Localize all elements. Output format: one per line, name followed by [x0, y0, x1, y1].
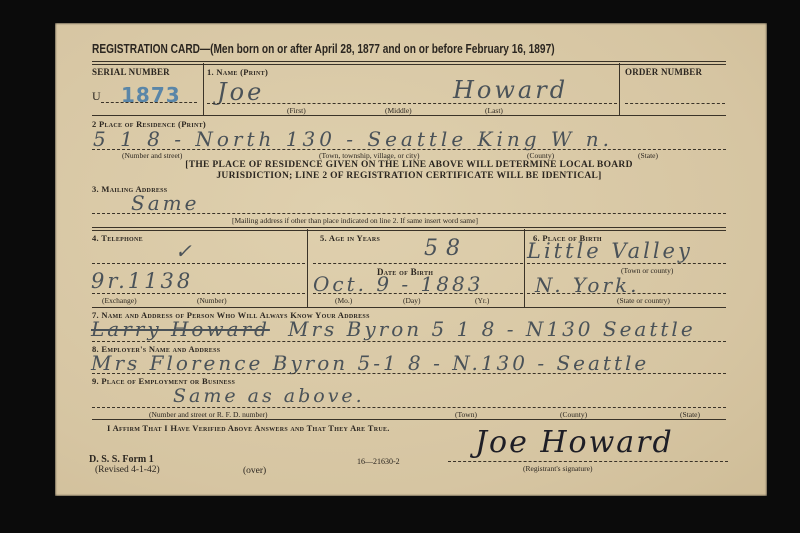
- signature-sublabel: (Registrant's signature): [523, 464, 592, 473]
- telephone-check: ✓: [175, 239, 195, 263]
- employment-line: [92, 407, 726, 408]
- name-line: [207, 103, 617, 104]
- row-rule: [92, 227, 726, 231]
- mailing-sublabel: [Mailing address if other than place ind…: [232, 216, 478, 225]
- state-sublabel: (State): [638, 151, 658, 160]
- employment-state-sublabel: (State): [680, 410, 700, 419]
- age-line: [313, 263, 523, 264]
- telephone-label: 4. Telephone: [92, 233, 143, 243]
- divider: [203, 63, 204, 115]
- month-sublabel: (Mo.): [335, 296, 352, 305]
- employer-value: Mrs Florence Byron 5-1 8 - N.130 - Seatt…: [91, 351, 649, 375]
- age-label: 5. Age in Years: [320, 233, 380, 243]
- mailing-value: Same: [131, 191, 199, 215]
- age-value: 58: [424, 236, 468, 261]
- over-text: (over): [243, 466, 266, 476]
- jurisdiction-notice-line2: JURISDICTION; LINE 2 OF REGISTRATION CER…: [92, 171, 726, 181]
- title-rule: [92, 61, 726, 65]
- contact-struck-value: Larry Howard: [91, 317, 270, 341]
- divider: [524, 229, 525, 307]
- dob-line: [313, 293, 523, 294]
- telephone-line-top: [92, 263, 305, 264]
- serial-prefix: U: [92, 89, 101, 104]
- last-sublabel: (Last): [485, 106, 503, 115]
- telephone-value: 9r.1138: [91, 269, 193, 293]
- exchange-sublabel: (Exchange): [102, 296, 137, 305]
- signature-line: [448, 461, 728, 462]
- first-name-value: Joe: [217, 78, 264, 106]
- residence-line: [92, 149, 726, 150]
- affirmation-text: I Affirm That I Have Verified Above Answ…: [107, 423, 390, 433]
- birth-state-line: [527, 293, 726, 294]
- order-number-label: ORDER NUMBER: [625, 67, 702, 77]
- street-sublabel: (Number and street): [122, 151, 182, 160]
- mailing-line: [92, 213, 726, 214]
- day-sublabel: (Day): [403, 296, 421, 305]
- county-sublabel: (County): [527, 151, 554, 160]
- serial-number-label: SERIAL NUMBER: [92, 67, 170, 77]
- jurisdiction-notice-line1: [THE PLACE OF RESIDENCE GIVEN ON THE LIN…: [92, 160, 726, 170]
- residence-value: 5 1 8 - North 130 - Seattle King W n.: [93, 127, 613, 151]
- row-rule: [92, 115, 726, 116]
- signature-value: Joe Howard: [475, 425, 674, 460]
- serial-line: [101, 102, 197, 103]
- first-sublabel: (First): [287, 106, 306, 115]
- town-sublabel: (Town, township, village, or city): [319, 151, 420, 160]
- employment-value: Same as above.: [173, 385, 365, 407]
- serial-number-value: 1873: [121, 83, 181, 107]
- employment-county-sublabel: (County): [560, 410, 587, 419]
- card-title: REGISTRATION CARD—(Men born on or after …: [92, 41, 555, 56]
- state-country-sublabel: (State or country): [617, 296, 670, 305]
- form-code: 16—21630-2: [357, 457, 400, 466]
- divider: [307, 229, 308, 307]
- middle-sublabel: (Middle): [385, 106, 412, 115]
- registration-card: REGISTRATION CARD—(Men born on or after …: [55, 23, 767, 496]
- employment-town-sublabel: (Town): [455, 410, 477, 419]
- divider: [619, 63, 620, 115]
- order-number-line: [625, 103, 725, 104]
- birth-town-value: Little Valley: [527, 239, 693, 263]
- contact-line: [92, 341, 726, 342]
- street-rfd-sublabel: (Number and street or R. F. D. number): [149, 410, 268, 419]
- number-sublabel: (Number): [197, 296, 227, 305]
- form-name: D. S. S. Form 1: [89, 454, 154, 465]
- name-label: 1. Name (Print): [207, 67, 268, 77]
- employer-line: [92, 373, 726, 374]
- contact-value: Mrs Byron 5 1 8 - N130 Seattle: [288, 317, 696, 341]
- row-rule: [92, 307, 726, 308]
- last-name-value: Howard: [453, 76, 568, 104]
- year-sublabel: (Yr.): [475, 296, 489, 305]
- form-revised: (Revised 4-1-42): [95, 465, 160, 475]
- row-rule: [92, 419, 726, 420]
- telephone-line: [92, 293, 305, 294]
- birth-town-line: [527, 263, 726, 264]
